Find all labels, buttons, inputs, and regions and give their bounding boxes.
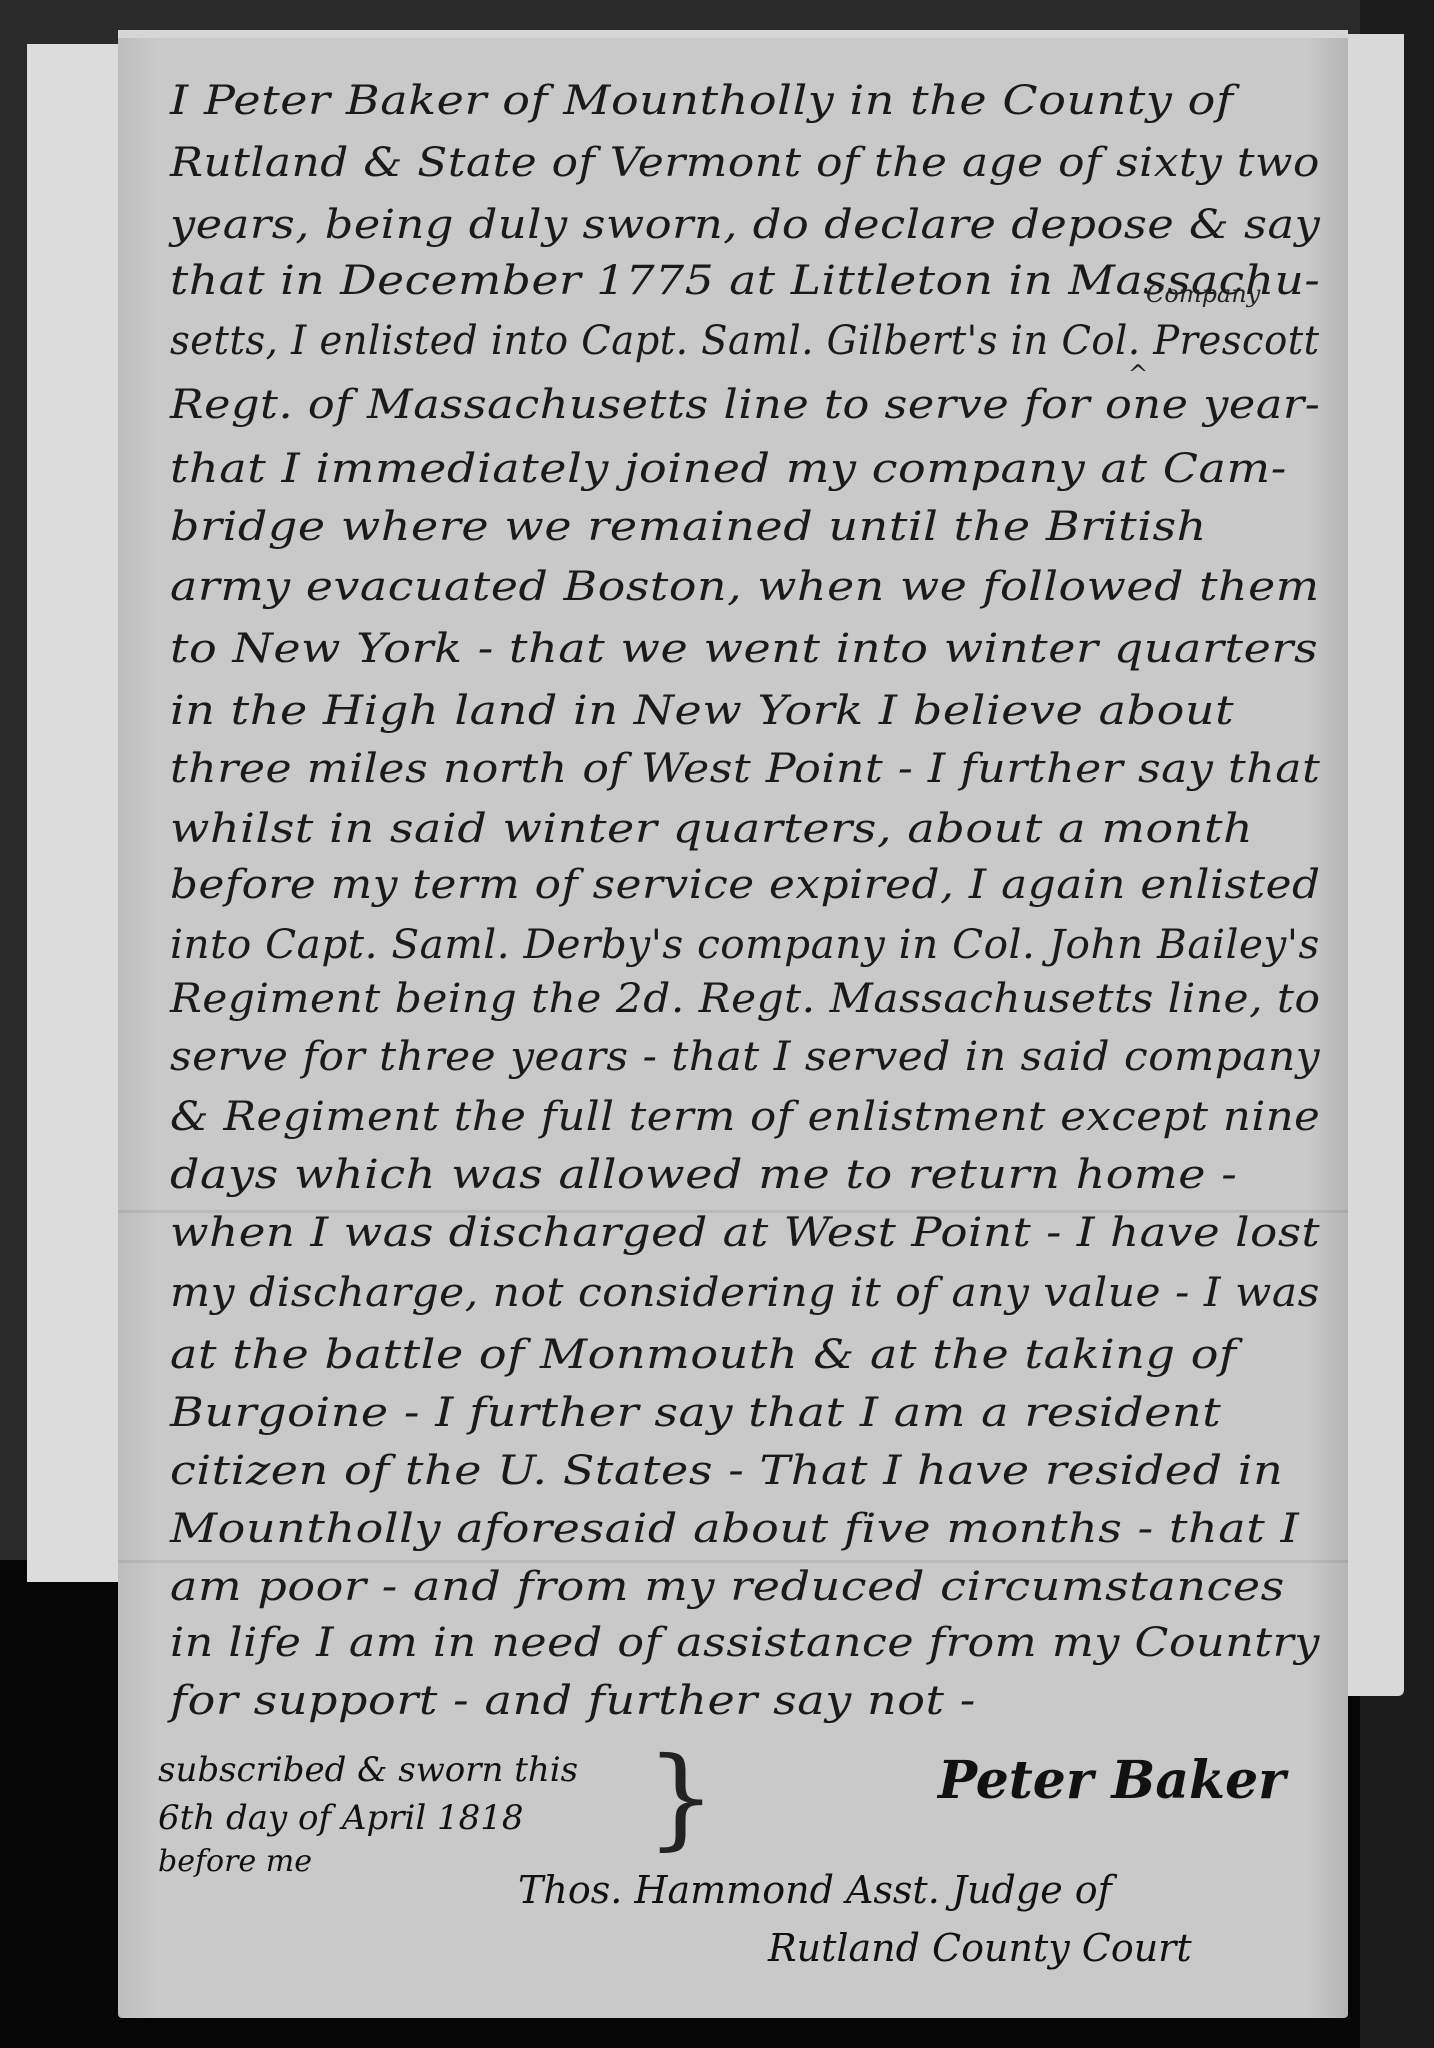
fold-crease	[118, 1560, 1348, 1563]
body-line-6: Regt. of Massachusetts line to serve for…	[170, 382, 1320, 428]
body-line-28: for support - and further say not -	[170, 1678, 976, 1724]
body-line-27: in life I am in need of assistance from …	[170, 1620, 1320, 1666]
body-line-17: serve for three years - that I served in…	[170, 1034, 1320, 1080]
jurat-brace: }	[646, 1742, 716, 1852]
body-line-19: days which was allowed me to return home…	[170, 1152, 1237, 1198]
body-line-14: before my term of service expired, I aga…	[170, 862, 1321, 908]
body-line-23: Burgoine - I further say that I am a res…	[170, 1390, 1221, 1436]
body-line-9: army evacuated Boston, when we followed …	[170, 564, 1320, 610]
jurat-line-3: before me	[158, 1844, 312, 1879]
body-line-7: that I immediately joined my company at …	[170, 446, 1287, 492]
body-line-20: when I was discharged at West Point - I …	[170, 1210, 1320, 1256]
body-line-11: in the High land in New York I believe a…	[170, 688, 1234, 734]
body-line-22: at the battle of Monmouth & at the takin…	[170, 1332, 1237, 1378]
body-line-24: citizen of the U. States - That I have r…	[170, 1448, 1283, 1494]
body-line-3: years, being duly sworn, do declare depo…	[170, 202, 1320, 248]
body-line-8: bridge where we remained until the Briti…	[170, 504, 1207, 550]
body-line-12: three miles north of West Point - I furt…	[170, 746, 1320, 792]
body-line-21: my discharge, not considering it of any …	[170, 1270, 1320, 1316]
declarant-signature: Peter Baker	[938, 1750, 1286, 1811]
page-top-edge	[118, 30, 1348, 38]
body-line-13: whilst in said winter quarters, about a …	[170, 806, 1253, 852]
body-line-1: I Peter Baker of Mountholly in the Count…	[170, 78, 1234, 124]
body-line-18: & Regiment the full term of enlistment e…	[170, 1094, 1320, 1140]
manuscript-page: I Peter Baker of Mountholly in the Count…	[118, 30, 1348, 2018]
body-line-16: Regiment being the 2d. Regt. Massachuset…	[170, 976, 1320, 1022]
body-line-15: into Capt. Saml. Derby's company in Col.…	[170, 922, 1320, 968]
interlinear-company: Company	[1146, 280, 1260, 308]
body-line-2: Rutland & State of Vermont of the age of…	[170, 140, 1320, 186]
body-line-5: setts, I enlisted into Capt. Saml. Gilbe…	[170, 318, 1320, 364]
jurat-line-1: subscribed & sworn this	[158, 1750, 578, 1790]
jurat-line-2: 6th day of April 1818	[158, 1798, 524, 1838]
body-line-25: Mountholly aforesaid about five months -…	[170, 1506, 1299, 1552]
body-line-10: to New York - that we went into winter q…	[170, 626, 1318, 672]
body-line-26: am poor - and from my reduced circumstan…	[170, 1564, 1285, 1610]
official-signature-line-1: Thos. Hammond Asst. Judge of	[518, 1868, 1112, 1912]
official-signature-line-2: Rutland County Court	[768, 1926, 1192, 1970]
